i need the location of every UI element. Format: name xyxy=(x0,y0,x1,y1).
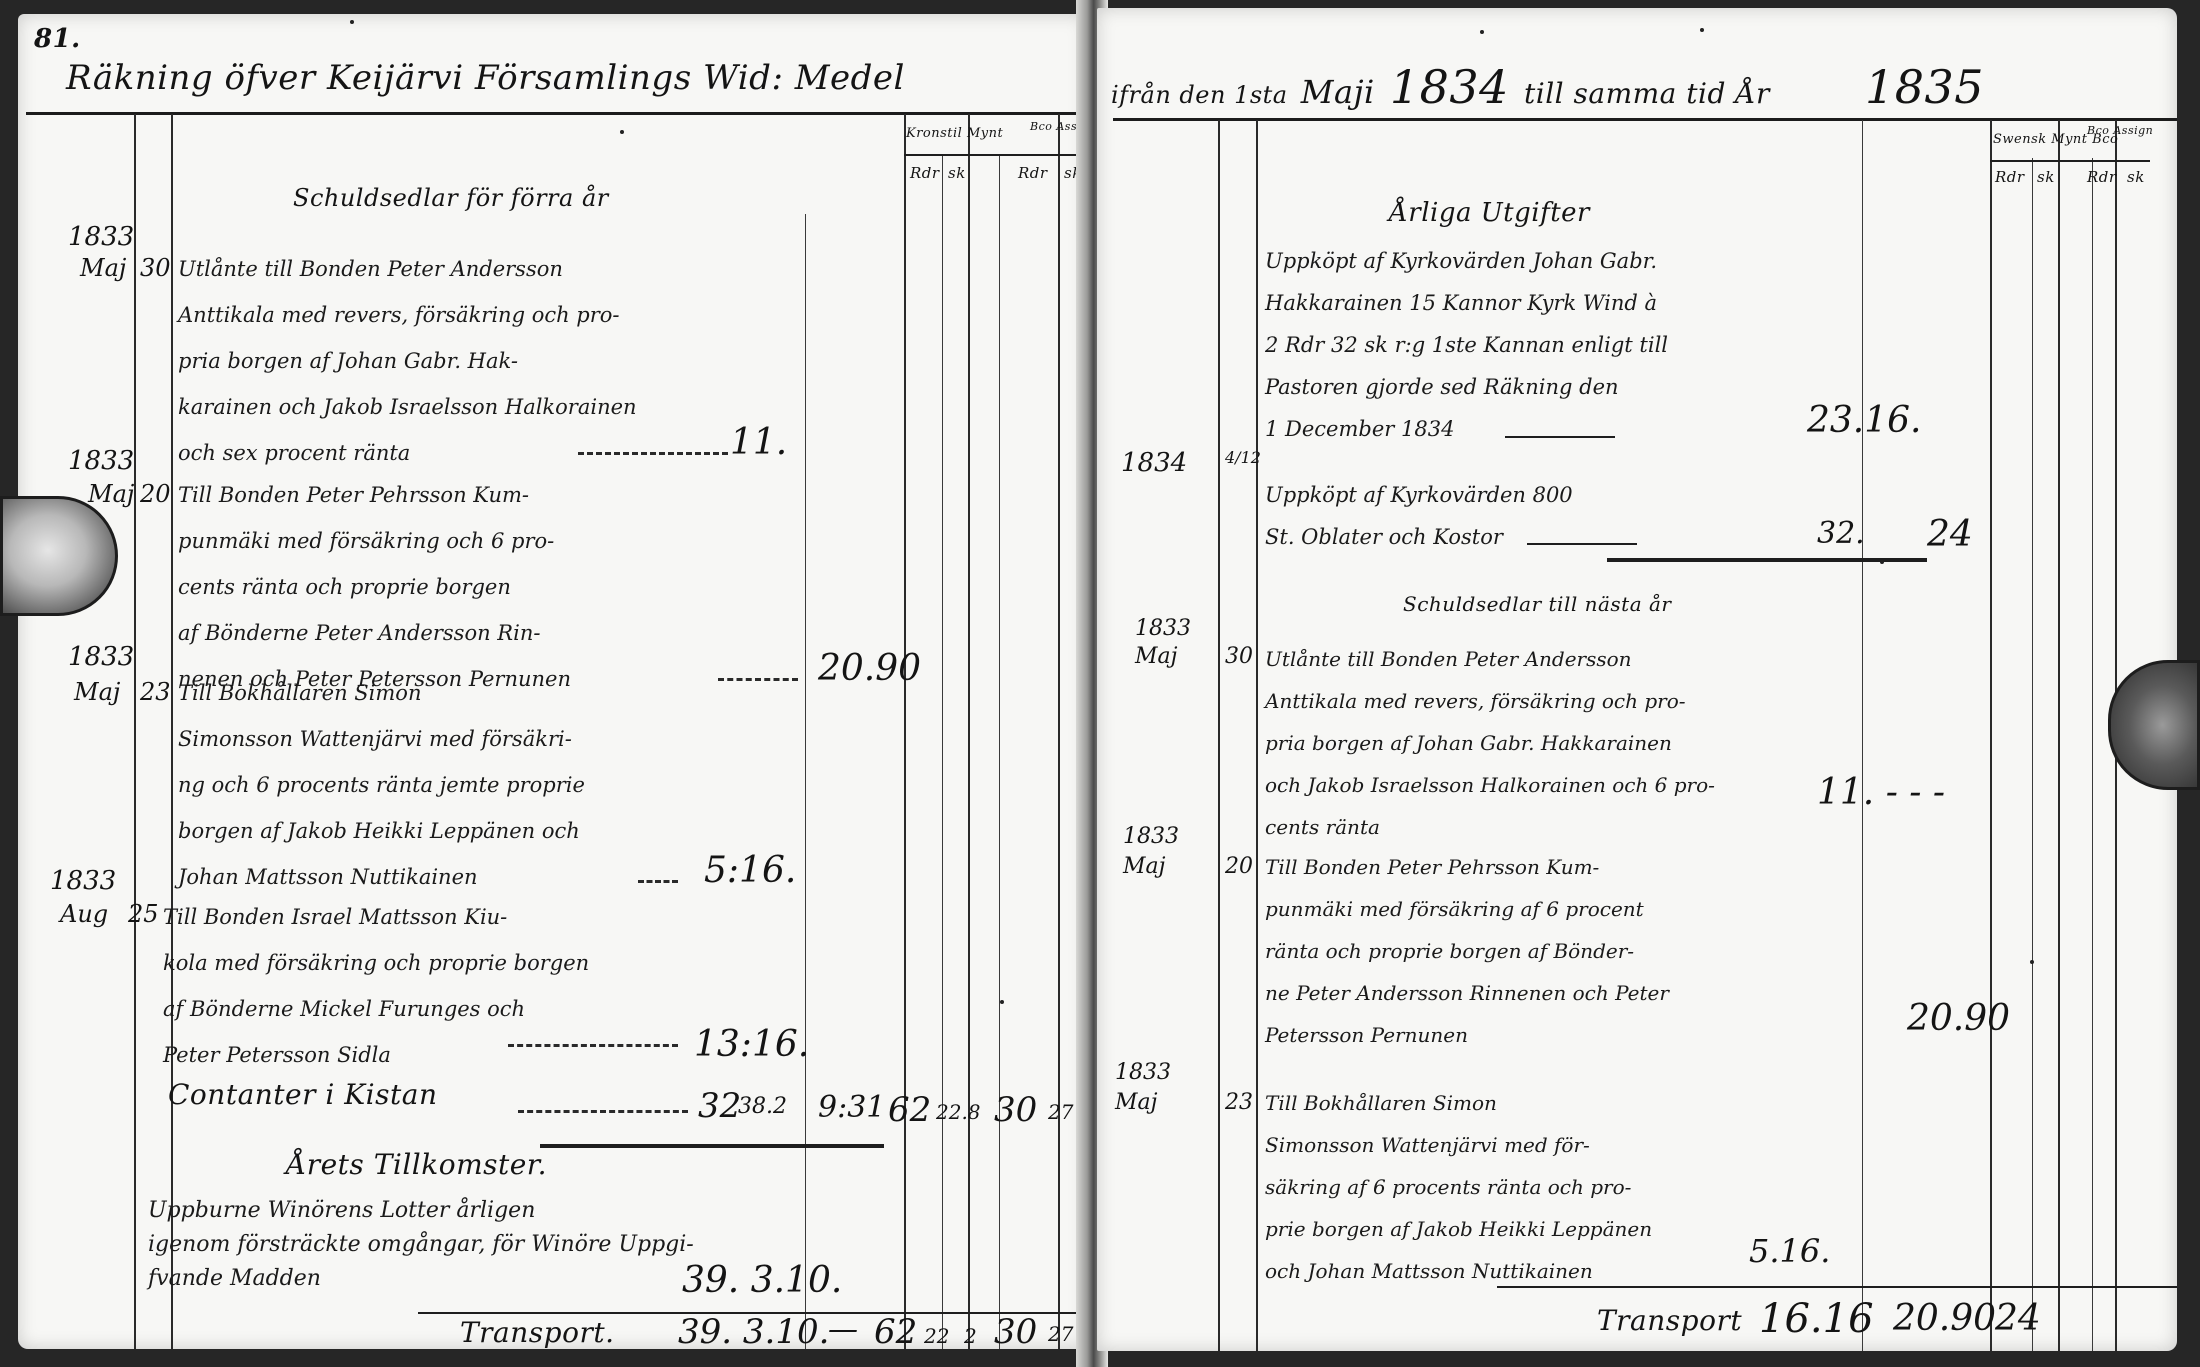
dash-leader xyxy=(518,1110,688,1113)
column-header-rule xyxy=(904,154,1086,156)
entry-month: Maj xyxy=(88,480,134,508)
page-number: 81. xyxy=(34,24,81,54)
money-column-rule-3 xyxy=(968,114,970,1349)
money-column-rule-4 xyxy=(999,154,1000,1349)
entry-day: 30 xyxy=(140,254,171,282)
scan-speck xyxy=(1480,30,1484,34)
entry-amount-2: 24 xyxy=(1927,514,1973,555)
entry-text: Uppköpt af Kyrkovärden Johan Gabr. Hakka… xyxy=(1265,240,1865,450)
transport-value-1: 39. 3.10. xyxy=(678,1312,829,1352)
entry-amount: 11. xyxy=(730,422,787,463)
section-title: Årliga Utgifter xyxy=(1389,198,1590,228)
leader-rule xyxy=(1527,543,1637,545)
transport-value-1: 16.16 xyxy=(1759,1296,1874,1342)
entry-day: 25 xyxy=(128,900,159,928)
subtotal-rule xyxy=(1607,558,1927,562)
transport-value-2: — xyxy=(828,1312,858,1347)
money-column-rule-4 xyxy=(2092,158,2093,1351)
header-month: Maji xyxy=(1301,73,1375,111)
entry-text: Till Bonden Peter Pehrsson Kum- punmäki … xyxy=(1265,846,1865,1056)
money-column-rule-2 xyxy=(942,154,943,1349)
header-prefix: ifrån den 1sta xyxy=(1111,81,1288,109)
income-section-title: Årets Tillkomster. xyxy=(286,1148,547,1181)
contant-value-5: 22.8 xyxy=(936,1100,981,1124)
transport-value-5: 2 xyxy=(964,1324,977,1348)
column-header-kronstil: Kronstil Mynt xyxy=(906,126,1003,141)
scan-speck xyxy=(620,130,624,134)
entry-date-fraction: 4/12 xyxy=(1225,448,1261,467)
entry-year: 1834 xyxy=(1121,448,1187,478)
entry-month: Maj xyxy=(80,254,126,282)
amount-column-rule xyxy=(805,214,806,1349)
entry-month: Maj xyxy=(1115,1090,1157,1115)
header-mid: till samma tid År xyxy=(1524,77,1770,110)
entry-amount: 5.16. xyxy=(1749,1232,1830,1270)
entry-amount: 20.90 xyxy=(1907,998,2010,1039)
transport-label: Transport xyxy=(1597,1304,1742,1337)
scan-speck xyxy=(350,20,354,24)
column-sub-rdr: Rdr xyxy=(1995,168,2025,186)
money-column-rule-5 xyxy=(1058,114,1060,1349)
section-title: Schuldsedlar för förra år xyxy=(293,184,609,212)
entry-text: Utlånte till Bonden Peter Andersson Antt… xyxy=(1265,638,1865,848)
dash-leader xyxy=(508,1044,678,1047)
contant-value-4: 62 xyxy=(888,1090,931,1130)
transport-value-4: 22 xyxy=(924,1324,949,1348)
entry-amount: 23.16. xyxy=(1807,400,1922,441)
date-column-rule xyxy=(134,114,136,1349)
entry-year: 1833 xyxy=(68,642,134,672)
entry-text: Till Bonden Peter Pehrsson Kum- punmäki … xyxy=(178,472,798,702)
contant-value-1: 32 xyxy=(698,1086,741,1126)
money-column-rule-1 xyxy=(1990,120,1992,1351)
entry-year: 1833 xyxy=(1123,824,1179,849)
section-title-2: Schuldsedlar till nästa år xyxy=(1403,592,1671,616)
header-rule xyxy=(1113,118,2177,121)
scan-speck xyxy=(2030,960,2034,964)
transport-value-2: 20.90 xyxy=(1893,1298,1996,1339)
entry-day: 20 xyxy=(140,480,171,508)
entry-year: 1833 xyxy=(50,866,116,896)
entry-amount: 13:16. xyxy=(694,1024,809,1065)
column-header-rule xyxy=(1990,160,2150,162)
header-year-start: 1834 xyxy=(1390,60,1509,114)
day-column-rule xyxy=(1256,120,1258,1351)
subtotal-rule xyxy=(540,1144,884,1148)
entry-month: Aug xyxy=(60,900,108,928)
entry-year: 1833 xyxy=(68,446,134,476)
date-column-rule xyxy=(1218,120,1220,1351)
column-sub-sk: sk xyxy=(2037,168,2055,186)
entry-amount: 11. - - - xyxy=(1817,772,1945,813)
entry-amount: 32. xyxy=(1817,516,1865,551)
column-header-bco: Bco Assign xyxy=(2087,124,2153,137)
contant-value-6: 30 xyxy=(994,1090,1037,1130)
transport-label: Transport. xyxy=(460,1316,614,1349)
header-rule xyxy=(26,112,1086,115)
left-page-header: Räkning öfver Keijärvi Församlings Wid: … xyxy=(66,58,905,98)
day-column-rule xyxy=(171,114,173,1349)
column-sub-rdr-2: Rdr xyxy=(1018,164,1048,182)
column-sub-rdr-2: Rdr xyxy=(2087,168,2117,186)
entry-day: 20 xyxy=(1225,854,1253,879)
column-sub-rdr: Rdr xyxy=(910,164,940,182)
thumb-left xyxy=(0,496,118,616)
right-page: ifrån den 1sta Maji 1834 till samma tid … xyxy=(1097,8,2177,1351)
entry-year: 1833 xyxy=(1115,1060,1171,1085)
contant-value-7: 27 xyxy=(1048,1100,1073,1124)
contant-value-2: 38.2 xyxy=(738,1094,787,1119)
money-column-rule-3 xyxy=(2058,120,2060,1351)
dash-leader xyxy=(638,880,678,883)
left-page: 81. Räkning öfver Keijärvi Församlings W… xyxy=(18,14,1086,1349)
dash-leader xyxy=(578,452,728,455)
scan-speck xyxy=(1700,28,1704,32)
entry-amount: 5:16. xyxy=(704,850,796,891)
entry-year: 1833 xyxy=(68,222,134,252)
scan-speck xyxy=(1880,560,1884,564)
entry-day: 23 xyxy=(1225,1090,1253,1115)
entry-text: Utlånte till Bonden Peter Andersson Antt… xyxy=(178,246,798,476)
scan-speck xyxy=(1000,1000,1004,1004)
transport-rule xyxy=(1497,1286,2177,1288)
money-column-rule-1 xyxy=(904,114,906,1349)
entry-month: Maj xyxy=(1123,854,1165,879)
entry-day: 23 xyxy=(140,678,171,706)
transport-value-7: 27 xyxy=(1048,1322,1073,1346)
ledger-scan: 81. Räkning öfver Keijärvi Församlings W… xyxy=(0,0,2200,1367)
transport-value-6: 30 xyxy=(994,1312,1037,1352)
entry-day: 30 xyxy=(1225,644,1253,669)
leader-rule xyxy=(1505,436,1615,438)
entry-year: 1833 xyxy=(1135,616,1191,641)
income-amount: 39. 3.10. xyxy=(682,1260,842,1301)
transport-value-3: 62 xyxy=(874,1312,917,1352)
entry-month: Maj xyxy=(1135,644,1177,669)
income-text: Uppburne Winörens Lotter årligen igenom … xyxy=(148,1194,708,1296)
money-column-rule-2 xyxy=(2032,158,2033,1351)
column-sub-sk-2: sk xyxy=(2127,168,2145,186)
transport-value-3: 24 xyxy=(1995,1298,2041,1339)
header-year-end: 1835 xyxy=(1865,60,1984,114)
entry-month: Maj xyxy=(74,678,120,706)
entry-text: Uppköpt af Kyrkovärden 800 St. Oblater o… xyxy=(1265,474,1825,558)
column-sub-sk: sk xyxy=(948,164,966,182)
contant-value-3: 9:31 xyxy=(818,1090,885,1125)
right-page-header: ifrån den 1sta Maji 1834 till samma tid … xyxy=(1111,60,1984,114)
entry-amount: 20.90 xyxy=(818,648,921,689)
contant-label: Contanter i Kistan xyxy=(168,1078,437,1111)
